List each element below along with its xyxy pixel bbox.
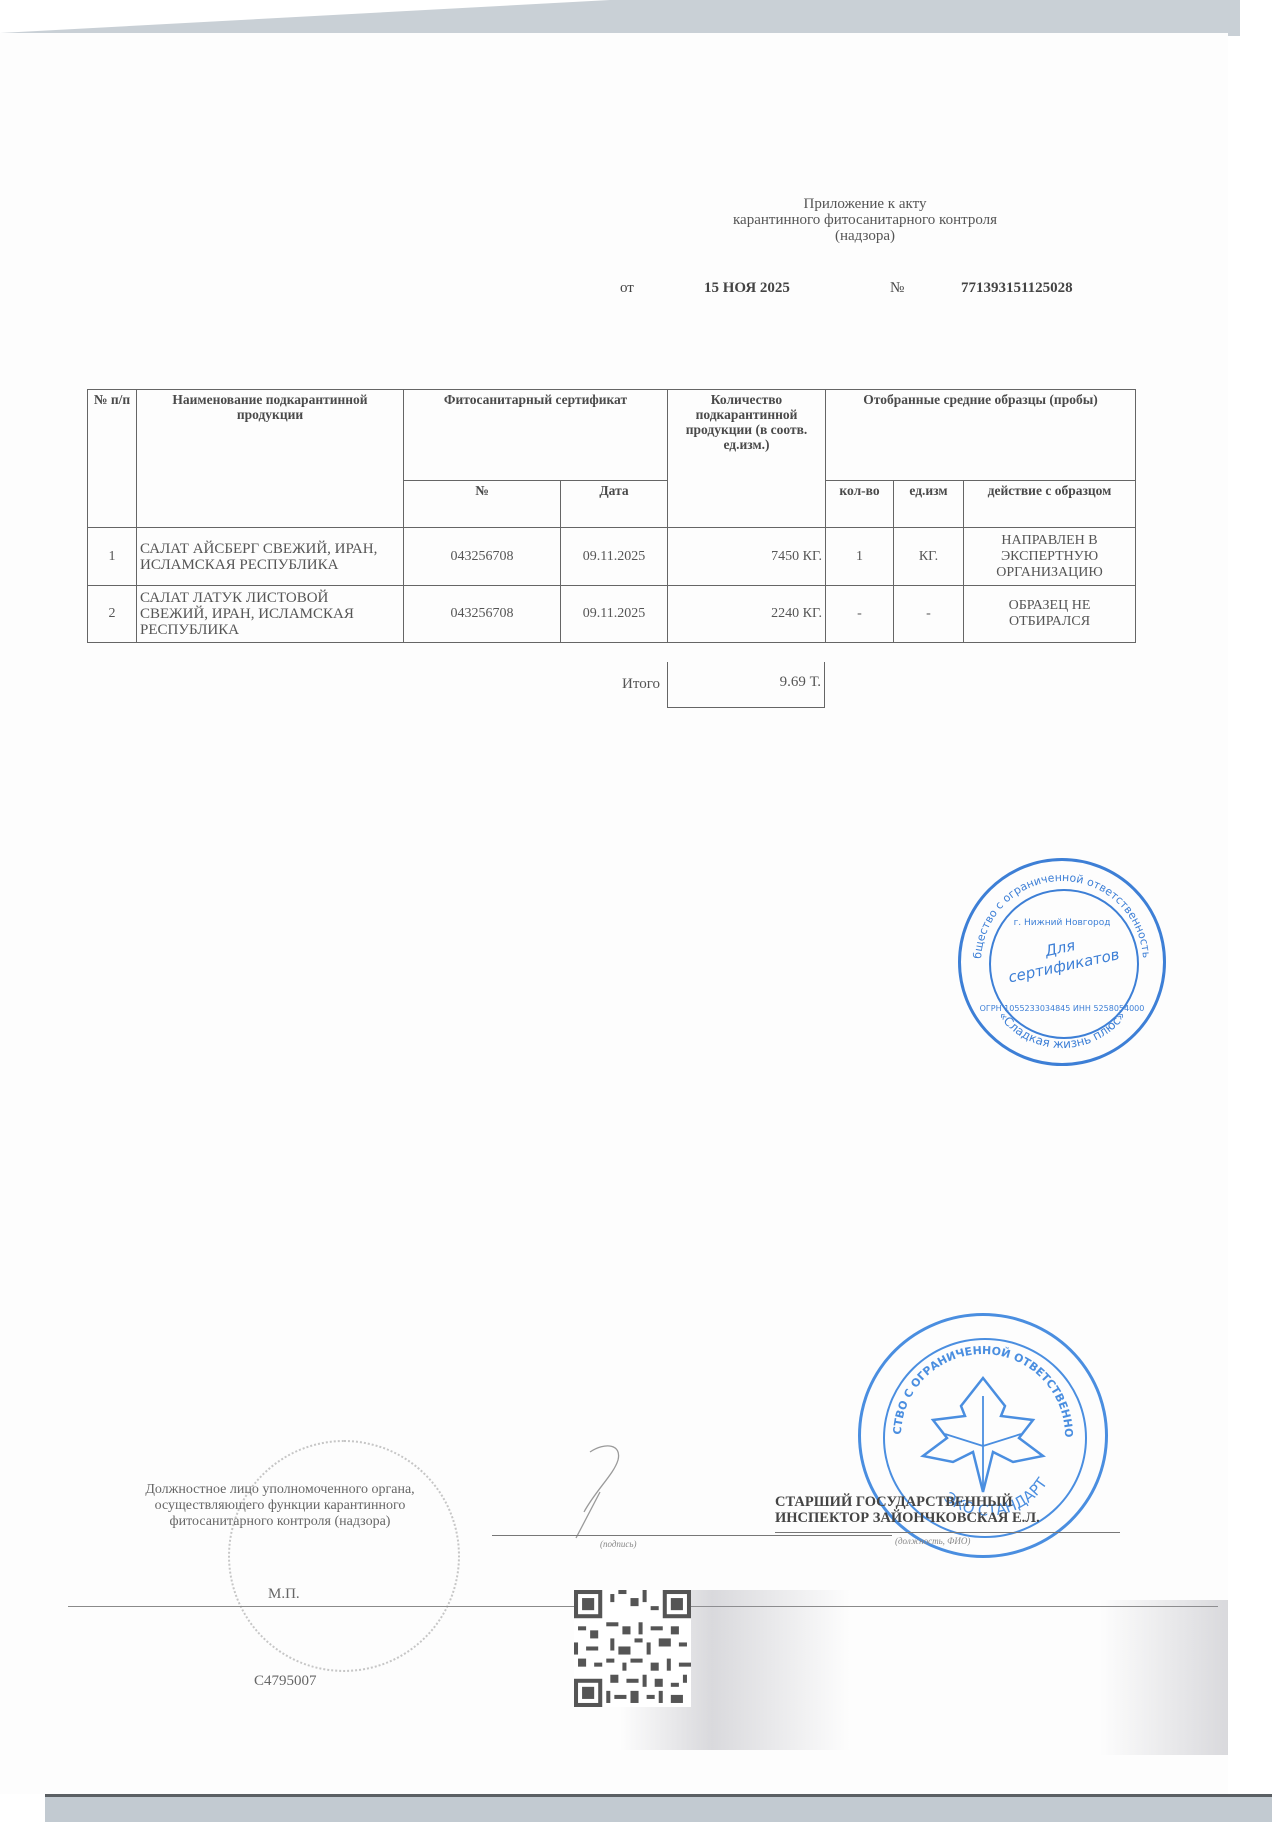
qr-code-icon bbox=[574, 1590, 691, 1707]
seal-label: М.П. bbox=[268, 1586, 300, 1603]
row-cert-number: 043256708 bbox=[404, 528, 561, 586]
row-cert-number: 043256708 bbox=[404, 586, 561, 643]
faded-official-seal bbox=[228, 1440, 460, 1672]
header-quantity: Количество подкарантинной продукции (в с… bbox=[668, 390, 826, 528]
position-caption: (должность, ФИО) bbox=[895, 1536, 970, 1546]
header-certificate: Фитосанитарный сертификат bbox=[404, 390, 668, 481]
header-num: № п/п bbox=[88, 390, 137, 528]
scan-shadow bbox=[1100, 1600, 1228, 1755]
row-quantity: 2240 КГ. bbox=[668, 586, 826, 643]
total-label: Итого bbox=[540, 676, 660, 693]
act-date: 15 НОЯ 2025 bbox=[704, 280, 790, 297]
row-product-name: САЛАТ АЙСБЕРГ СВЕЖИЙ, ИРАН, ИСЛАМСКАЯ РЕ… bbox=[137, 528, 404, 586]
svg-text:г. Нижний Новгород: г. Нижний Новгород bbox=[1014, 918, 1111, 928]
row-sample-action: НАПРАВЛЕН В ЭКСПЕРТНУЮ ОРГАНИЗАЦИЮ bbox=[964, 528, 1136, 586]
header-samples: Отобранные средние образцы (пробы) bbox=[826, 390, 1136, 481]
official-line-2: осуществляющего функции карантинного bbox=[110, 1498, 450, 1514]
official-line-3: фитосанитарного контроля (надзора) bbox=[110, 1514, 450, 1530]
header-cert-date: Дата bbox=[561, 481, 668, 528]
document-header: Приложение к акту карантинного фитосанит… bbox=[640, 196, 1090, 244]
row-cert-date: 09.11.2025 bbox=[561, 586, 668, 643]
row-sample-unit: - bbox=[894, 586, 964, 643]
svg-text:ОГРН 1055233034845 ИНН 5258054: ОГРН 1055233034845 ИНН 5258054000 bbox=[980, 1004, 1145, 1013]
row-num: 1 bbox=[88, 528, 137, 586]
row-sample-count: - bbox=[826, 586, 894, 643]
svg-text:«Сладкая жизнь плюс»: «Сладкая жизнь плюс» bbox=[996, 1009, 1128, 1051]
header-sample-action: действие с образцом bbox=[964, 481, 1136, 528]
table-row: 1 САЛАТ АЙСБЕРГ СВЕЖИЙ, ИРАН, ИСЛАМСКАЯ … bbox=[88, 528, 1136, 586]
scan-background-bottom bbox=[45, 1794, 1272, 1822]
header-line-3: (надзора) bbox=[640, 228, 1090, 244]
row-quantity: 7450 КГ. bbox=[668, 528, 826, 586]
header-sample-unit: ед.изм bbox=[894, 481, 964, 528]
handwritten-signature-icon bbox=[560, 1432, 640, 1542]
from-label: от bbox=[620, 280, 634, 297]
header-line-2: карантинного фитосанитарного контроля bbox=[640, 212, 1090, 228]
row-sample-unit: КГ. bbox=[894, 528, 964, 586]
row-product-name: САЛАТ ЛАТУК ЛИСТОВОЙ СВЕЖИЙ, ИРАН, ИСЛАМ… bbox=[137, 586, 404, 643]
form-serial-number: С4795007 bbox=[254, 1673, 317, 1690]
official-title: Должностное лицо уполномоченного органа,… bbox=[110, 1482, 450, 1530]
position-line-2: ИНСПЕКТОР ЗАЙОНЧКОВСКАЯ Е.Л. bbox=[775, 1510, 1040, 1526]
position-line-1: СТАРШИЙ ГОСУДАРСТВЕННЫЙ bbox=[775, 1494, 1040, 1510]
header-line-1: Приложение к акту bbox=[640, 196, 1090, 212]
inspector-position: СТАРШИЙ ГОСУДАРСТВЕННЫЙ ИНСПЕКТОР ЗАЙОНЧ… bbox=[775, 1494, 1040, 1526]
total-value: 9.69 Т. bbox=[667, 662, 825, 708]
row-cert-date: 09.11.2025 bbox=[561, 528, 668, 586]
row-sample-count: 1 bbox=[826, 528, 894, 586]
position-underline bbox=[775, 1532, 1120, 1533]
header-name: Наименование подкарантинной продукции bbox=[137, 390, 404, 528]
table-row: 2 САЛАТ ЛАТУК ЛИСТОВОЙ СВЕЖИЙ, ИРАН, ИСЛ… bbox=[88, 586, 1136, 643]
act-number: 771393151125028 bbox=[961, 280, 1073, 297]
svg-text:ОБЩЕСТВО С ОГРАНИЧЕННОЙ ОТВЕТС: ОБЩЕСТВО С ОГРАНИЧЕННОЙ ОТВЕТСТВЕННОСТЬЮ bbox=[861, 1316, 1075, 1438]
header-cert-number: № bbox=[404, 481, 561, 528]
signature-caption: (подпись) bbox=[600, 1539, 637, 1549]
company-stamp-certificates: Общество с ограниченной ответственностью… bbox=[958, 858, 1166, 1066]
number-label: № bbox=[890, 280, 904, 297]
official-line-1: Должностное лицо уполномоченного органа, bbox=[110, 1482, 450, 1498]
header-sample-count: кол-во bbox=[826, 481, 894, 528]
scan-background-top bbox=[0, 0, 1240, 36]
products-table: № п/п Наименование подкарантинной продук… bbox=[87, 389, 1136, 643]
signature-underline bbox=[492, 1535, 892, 1536]
row-sample-action: ОБРАЗЕЦ НЕ ОТБИРАЛСЯ bbox=[964, 586, 1136, 643]
row-num: 2 bbox=[88, 586, 137, 643]
